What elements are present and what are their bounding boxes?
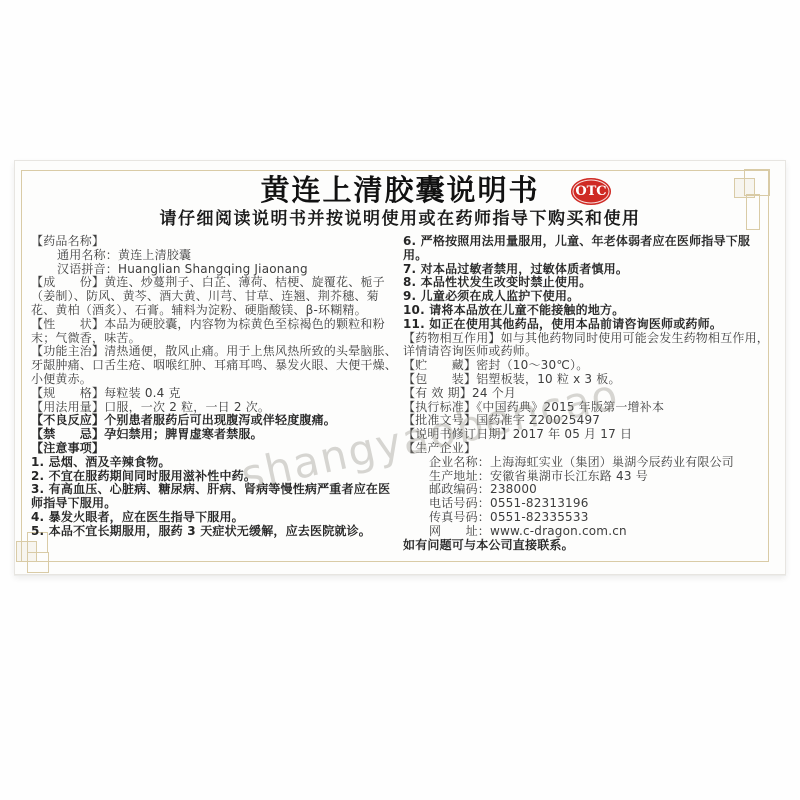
otc-badge-icon: OTC	[571, 178, 611, 205]
leaflet-header: 黄连上清胶囊说明书 OTC	[15, 161, 785, 206]
text-line: 通用名称：黄连上清胶囊	[31, 249, 397, 263]
text-line: 【注意事项】	[31, 442, 397, 456]
text-line: 10. 请将本品放在儿童不能接触的地方。	[403, 304, 769, 318]
text-line: 企业名称：上海海虹实业（集团）巢湖今辰药业有限公司	[403, 456, 769, 470]
text-line: 【包 装】铝塑板装，10 粒 x 3 板。	[403, 373, 769, 387]
text-line: 电话号码：0551-82313196	[403, 497, 769, 511]
text-line: 9. 儿童必须在成人监护下使用。	[403, 290, 769, 304]
text-line: 3. 有高血压、心脏病、糖尿病、肝病、肾病等慢性病严重者应在医师指导下服用。	[31, 483, 397, 511]
text-line: 1. 忌烟、酒及辛辣食物。	[31, 456, 397, 470]
leaflet-card: 黄连上清胶囊说明书 OTC 请仔细阅读说明书并按说明使用或在药师指导下购买和使用…	[14, 160, 786, 575]
text-line: 11. 如正在使用其他药品，使用本品前请咨询医师或药师。	[403, 318, 769, 332]
text-line: 网 址：www.c-dragon.com.cn	[403, 525, 769, 539]
text-line: 【贮 藏】密封（10～30℃）。	[403, 359, 769, 373]
text-line: 6. 严格按照用法用量服用，儿童、年老体弱者应在医师指导下服用。	[403, 235, 769, 263]
usage-warning-subtitle: 请仔细阅读说明书并按说明使用或在药师指导下购买和使用	[15, 209, 785, 229]
page-background: { "colors": { "otc_red": "#cf2a24", "bor…	[0, 0, 800, 800]
text-line: 传真号码：0551-82335533	[403, 511, 769, 525]
text-line: 如有问题可与本公司直接联系。	[403, 539, 769, 553]
page-title: 黄连上清胶囊说明书	[260, 174, 539, 206]
text-line: 【生产企业】	[403, 442, 769, 456]
corner-ornament-square-icon	[27, 552, 49, 573]
left-column: 【药品名称】通用名称：黄连上清胶囊汉语拼音：Huanglian Shangqin…	[31, 235, 397, 552]
text-line: 【药品名称】	[31, 235, 397, 249]
right-column: 6. 严格按照用法用量服用，儿童、年老体弱者应在医师指导下服用。7. 对本品过敏…	[401, 235, 769, 552]
text-line: 【成 份】黄连、炒蔓荆子、白芷、薄荷、桔梗、旋覆花、栀子（姜制）、防风、黄芩、酒…	[31, 276, 397, 317]
leaflet-body: 【药品名称】通用名称：黄连上清胶囊汉语拼音：Huanglian Shangqin…	[15, 235, 785, 552]
text-line: 【规 格】每粒装 0.4 克	[31, 387, 397, 401]
text-line: 【禁 忌】孕妇禁用；脾胃虚寒者禁服。	[31, 428, 397, 442]
text-line: 【说明书修订日期】2017 年 05 月 17 日	[403, 428, 769, 442]
otc-badge-label: OTC	[575, 184, 606, 199]
text-line: 5. 本品不宜长期服用，服药 3 天症状无缓解，应去医院就诊。	[31, 525, 397, 539]
text-line: 【有 效 期】24 个月	[403, 387, 769, 401]
text-line: 【功能主治】清热通便，散风止痛。用于上焦风热所致的头晕脑胀、牙龈肿痛、口舌生疮、…	[31, 345, 397, 386]
text-line: 【性 状】本品为硬胶囊，内容物为棕黄色至棕褐色的颗粒和粉末；气微香，味苦。	[31, 318, 397, 346]
text-line: 【药物相互作用】如与其他药物同时使用可能会发生药物相互作用，详情请咨询医师或药师…	[403, 332, 769, 360]
text-line: 4. 暴发火眼者，应在医生指导下服用。	[31, 511, 397, 525]
